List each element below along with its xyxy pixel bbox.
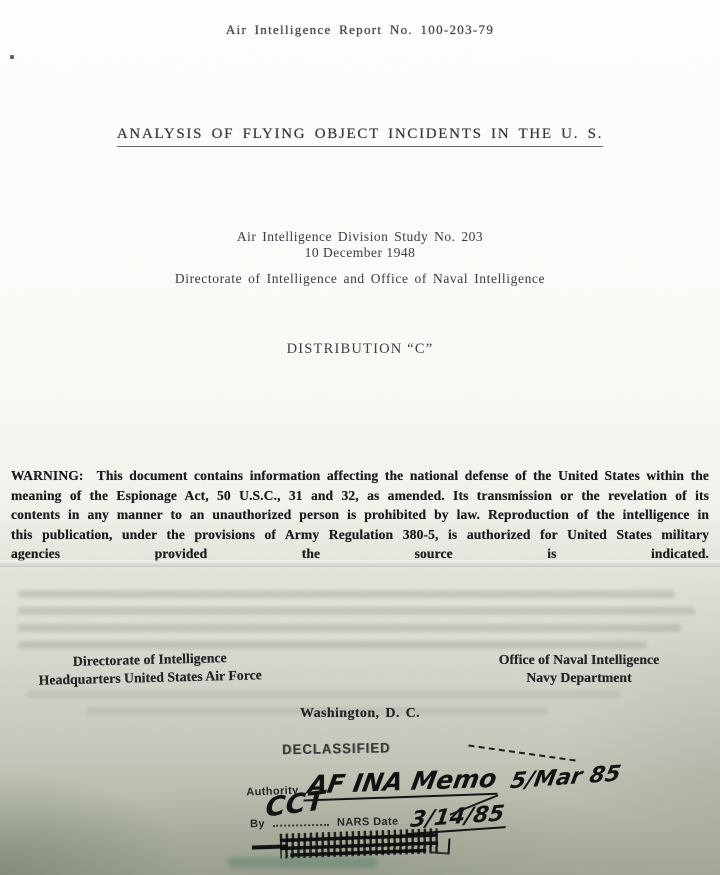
document-title: ANALYSIS OF FLYING OBJECT INCIDENTS IN T… bbox=[0, 126, 720, 147]
warning-paragraph: WARNING: This document contains informat… bbox=[11, 466, 709, 564]
scribble-overstrike-icon bbox=[280, 828, 439, 858]
scribble-tail-stroke bbox=[431, 837, 450, 854]
study-date-line: 10 December 1948 bbox=[0, 245, 720, 261]
nars-date-label: NARS Date bbox=[337, 816, 399, 829]
study-number-line: Air Intelligence Division Study No. 203 bbox=[0, 229, 720, 245]
dotted-leader-line bbox=[273, 814, 329, 827]
by-label: By bbox=[250, 818, 265, 830]
bleed-through-text-block bbox=[18, 590, 702, 658]
page-overlap-seam bbox=[0, 560, 720, 567]
issuing-org-right: Office of Naval Intelligence Navy Depart… bbox=[438, 651, 720, 686]
authority-handwritten-value: AF INA Memo bbox=[304, 764, 504, 802]
org-right-line1: Office of Naval Intelligence bbox=[438, 651, 720, 669]
scanned-document-page: Air Intelligence Report No. 100-203-79 A… bbox=[0, 0, 720, 875]
distribution-line: DISTRIBUTION “C” bbox=[0, 341, 720, 358]
authority-handwritten-date: 5/Mar 85 bbox=[508, 761, 622, 794]
issuing-org-left: Directorate of Intelligence Headquarters… bbox=[0, 647, 300, 689]
warning-label: WARNING: bbox=[11, 468, 84, 483]
declassified-stamp: DECLASSIFIED bbox=[282, 739, 391, 757]
pen-dash-stroke bbox=[468, 744, 575, 761]
report-number-header: Air Intelligence Report No. 100-203-79 bbox=[0, 22, 720, 38]
ink-smudge bbox=[228, 857, 378, 868]
org-right-line2: Navy Department bbox=[438, 669, 720, 687]
ink-speck bbox=[10, 55, 14, 59]
document-title-text: ANALYSIS OF FLYING OBJECT INCIDENTS IN T… bbox=[117, 126, 603, 147]
warning-text: This document contains information affec… bbox=[11, 468, 709, 561]
study-orgs-line: Directorate of Intelligence and Office o… bbox=[0, 271, 720, 287]
location-line: Washington, D. C. bbox=[0, 706, 720, 722]
